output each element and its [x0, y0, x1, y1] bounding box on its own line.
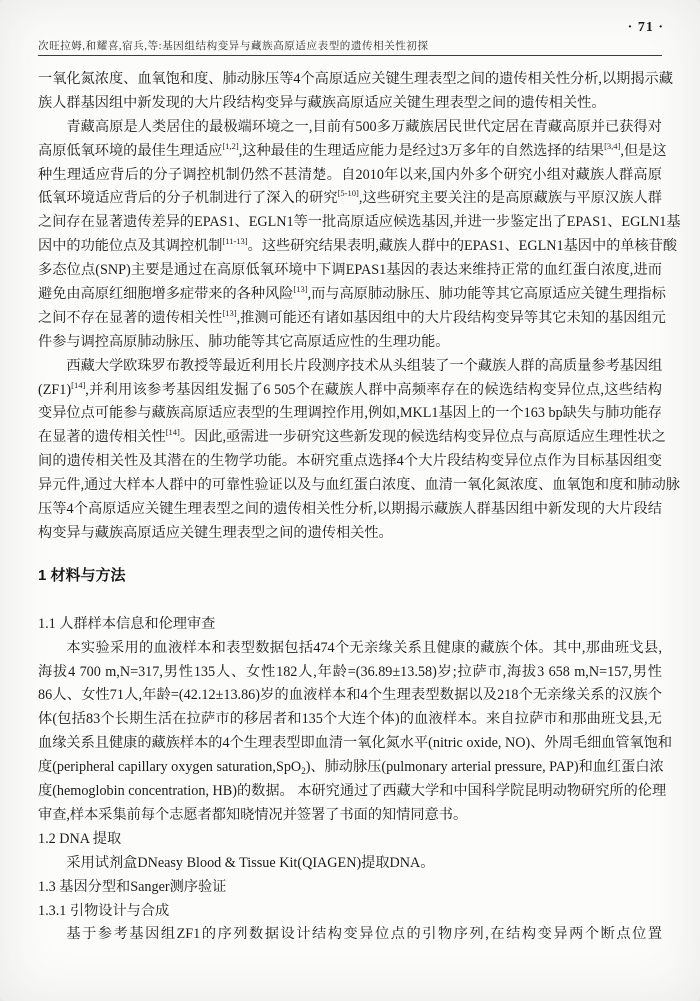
text-run: 度(hemoglobin concentration, HB)的数据。 本研究通…: [38, 783, 666, 799]
text-run: 海拔4 700 m,N=317,男性135人、女性182人,年龄=(36.89±…: [38, 664, 662, 680]
text-run: 之间存在显著遗传差异的EPAS1、EGLN1等一批高原适应候选基因,并进一步鉴定…: [38, 214, 681, 230]
text-run: 因中的功能位点及其调控机制: [38, 238, 222, 254]
reference-superscript: [11-13]: [222, 236, 247, 246]
body-line: 种生理适应背后的分子调控机制仍然不甚清楚。自2010年以来,国内外多个研究小组对…: [38, 164, 662, 188]
body-line: 度(hemoglobin concentration, HB)的数据。 本研究通…: [38, 780, 662, 804]
body-line: 一氧化氮浓度、血氧饱和度、肺动脉压等4个高原适应关键生理表型之间的遗传相关性分析…: [38, 68, 662, 92]
subsection-heading: 1.3 基因分型和Sanger测序验证: [38, 876, 662, 900]
body-line: 血缘关系且健康的藏族样本的4个生理表型即血清一氧化氮水平(nitric oxid…: [38, 732, 662, 756]
body-line: 低氧环境适应背后的分子机制进行了深入的研究[5-10],这些研究主要关注的是高原…: [38, 187, 662, 211]
text-run: 86人、女性71人,年龄=(42.12±13.86)岁的血液样本和4个生理表型数…: [38, 687, 662, 703]
text-run: 基于参考基因组ZF1的序列数据设计结构变异位点的引物序列,在结构变异两个断点位置: [66, 926, 662, 942]
body-line: 族人群基因组中新发现的大片段结构变异与藏族高原适应关键生理表型之间的遗传相关性。: [38, 92, 662, 116]
text-run: 。这些研究结果表明,藏族人群中的EPAS1、EGLN1基因中的单核苷酸: [248, 238, 677, 254]
text-run: 件参与调控高原肺动脉压、肺功能等其它高原适应性的生理功能。: [38, 334, 449, 350]
text-run: 高原低氧环境的最佳生理适应: [38, 143, 222, 159]
text-run: 血缘关系且健康的藏族样本的4个生理表型即血清一氧化氮水平(nitric oxid…: [38, 735, 672, 751]
reference-superscript: [13]: [293, 284, 307, 294]
text-run: 本实验采用的血液样本和表型数据包括474个无亲缘关系且健康的藏族个体。其中,那曲…: [66, 640, 662, 656]
text-run: 变异位点可能参与藏族高原适应表型的生理调控作用,例如,MKL1基因上的一个163…: [38, 405, 662, 421]
text-run: 体(包括83个长期生活在拉萨市的移居者和135个大连个体)的血液样本。来自拉萨市…: [38, 711, 662, 727]
text-run: 间的遗传相关性及其潜在的生物学功能。本研究重点选择4个大片段结构变异位点作为目标…: [38, 453, 662, 469]
text-run: 采用试剂盒DNeasy Blood & Tissue Kit(QIAGEN)提取…: [66, 855, 434, 871]
text-run: 压等4个高原适应关键生理表型之间的遗传相关性分析,以期揭示藏族人群基因组中新发现…: [38, 501, 662, 517]
body-line: 海拔4 700 m,N=317,男性135人、女性182人,年龄=(36.89±…: [38, 661, 662, 685]
text-run: ,并利用该参考基因组发掘了6 505个在藏族人群中高频率存在的候选结构变异位点,…: [85, 382, 662, 398]
text-run: 异元件,通过大样本人群中的可靠性验证以及与血红蛋白浓度、血清一氧化氮浓度、血氧饱…: [38, 477, 680, 493]
text-run: ,这种最佳的生理适应能力是经过3万多年的自然选择的结果: [239, 143, 604, 159]
text-run: 低氧环境适应背后的分子机制进行了深入的研究: [38, 190, 338, 206]
reference-superscript: [13]: [222, 308, 236, 318]
text-run: 审查,样本采集前每个志愿者都知晓情况并签署了书面的知情同意书。: [38, 807, 467, 823]
text-run: 。因此,亟需进一步研究这些新发现的候选结构变异位点与高原适应生理性状之: [180, 429, 666, 445]
text-run: 一氧化氮浓度、血氧饱和度、肺动脉压等4个高原适应关键生理表型之间的遗传相关性分析…: [38, 71, 673, 87]
running-title: 次旺拉姆,和耀喜,宿兵,等:基因组结构变异与藏族高原适应表型的遗传相关性初探: [38, 38, 429, 53]
reference-superscript: [1,2]: [222, 141, 238, 151]
body-line: 之间不存在显著的遗传相关性[13],推测可能还有诸如基因组中的大片段结构变异等其…: [38, 307, 662, 331]
body-line: 之间存在显著遗传差异的EPAS1、EGLN1等一批高原适应候选基因,并进一步鉴定…: [38, 211, 662, 235]
body-line: 度(peripheral capillary oxygen saturation…: [38, 756, 662, 780]
article-body: 一氧化氮浓度、血氧饱和度、肺动脉压等4个高原适应关键生理表型之间的遗传相关性分析…: [38, 68, 662, 947]
body-line: 构变异与藏族高原适应关键生理表型之间的遗传相关性。: [38, 522, 662, 546]
body-line: 件参与调控高原肺动脉压、肺功能等其它高原适应性的生理功能。: [38, 331, 662, 355]
text-run: 在显著的遗传相关性: [38, 429, 166, 445]
journal-page: 次旺拉姆,和耀喜,宿兵,等:基因组结构变异与藏族高原适应表型的遗传相关性初探 ·…: [0, 0, 700, 1001]
body-line: 在显著的遗传相关性[14]。因此,亟需进一步研究这些新发现的候选结构变异位点与高…: [38, 426, 662, 450]
text-run: 度(peripheral capillary oxygen saturation…: [38, 759, 301, 775]
text-run: 种生理适应背后的分子调控机制仍然不甚清楚。自2010年以来,国内外多个研究小组对…: [38, 167, 662, 183]
body-line: 压等4个高原适应关键生理表型之间的遗传相关性分析,以期揭示藏族人群基因组中新发现…: [38, 498, 662, 522]
body-line: (ZF1)[14],并利用该参考基因组发掘了6 505个在藏族人群中高频率存在的…: [38, 379, 662, 403]
page-number: · 71 ·: [628, 20, 664, 36]
body-line: 避免由高原红细胞增多症带来的各种风险[13],而与高原肺动脉压、肺功能等其它高原…: [38, 283, 662, 307]
body-line: 86人、女性71人,年龄=(42.12±13.86)岁的血液样本和4个生理表型数…: [38, 684, 662, 708]
subsection-heading: 1.2 DNA 提取: [38, 828, 662, 852]
subsection-heading: 1.3.1 引物设计与合成: [38, 900, 662, 924]
reference-superscript: [3,4]: [604, 141, 620, 151]
text-run: ,这些研究主要关注的是高原藏族与平原汉族人群: [359, 190, 662, 206]
reference-superscript: [14]: [71, 380, 85, 390]
text-run: (ZF1): [38, 382, 71, 398]
body-line: 采用试剂盒DNeasy Blood & Tissue Kit(QIAGEN)提取…: [38, 852, 662, 876]
reference-superscript: [5-10]: [338, 188, 359, 198]
section-heading: 1 材料与方法: [38, 564, 662, 588]
text-run: 青藏高原是人类居住的最极端环境之一,目前有500多万藏族居民世代定居在青藏高原并…: [66, 119, 662, 135]
subsection-heading: 1.1 人群样本信息和伦理审查: [38, 613, 662, 637]
text-run: 构变异与藏族高原适应关键生理表型之间的遗传相关性。: [38, 525, 393, 541]
text-run: 西藏大学欧珠罗布教授等最近利用长片段测序技术从头组装了一个藏族人群的高质量参考基…: [66, 358, 662, 374]
text-run: 多态位点(SNP)主要是通过在高原低氧环境中下调EPAS1基因的表达来维持正常的…: [38, 262, 662, 278]
body-line: 变异位点可能参与藏族高原适应表型的生理调控作用,例如,MKL1基因上的一个163…: [38, 402, 662, 426]
body-line: 本实验采用的血液样本和表型数据包括474个无亲缘关系且健康的藏族个体。其中,那曲…: [38, 637, 662, 661]
body-line: 因中的功能位点及其调控机制[11-13]。这些研究结果表明,藏族人群中的EPAS…: [38, 235, 662, 259]
text-run: 避免由高原红细胞增多症带来的各种风险: [38, 286, 293, 302]
body-line: 高原低氧环境的最佳生理适应[1,2],这种最佳的生理适应能力是经过3万多年的自然…: [38, 140, 662, 164]
reference-superscript: [14]: [166, 427, 180, 437]
text-run: 族人群基因组中新发现的大片段结构变异与藏族高原适应关键生理表型之间的遗传相关性。: [38, 95, 606, 111]
body-line: 体(包括83个长期生活在拉萨市的移居者和135个大连个体)的血液样本。来自拉萨市…: [38, 708, 662, 732]
body-line: 间的遗传相关性及其潜在的生物学功能。本研究重点选择4个大片段结构变异位点作为目标…: [38, 450, 662, 474]
body-line: 西藏大学欧珠罗布教授等最近利用长片段测序技术从头组装了一个藏族人群的高质量参考基…: [38, 355, 662, 379]
text-run: ,但是这: [620, 143, 666, 159]
body-line: 异元件,通过大样本人群中的可靠性验证以及与血红蛋白浓度、血清一氧化氮浓度、血氧饱…: [38, 474, 662, 498]
text-run: 之间不存在显著的遗传相关性: [38, 310, 222, 326]
body-line: 审查,样本采集前每个志愿者都知晓情况并签署了书面的知情同意书。: [38, 804, 662, 828]
text-run: ,推测可能还有诸如基因组中的大片段结构变异等其它未知的基因组元: [237, 310, 666, 326]
header-rule: [38, 55, 662, 56]
body-line: 多态位点(SNP)主要是通过在高原低氧环境中下调EPAS1基因的表达来维持正常的…: [38, 259, 662, 283]
body-line: 基于参考基因组ZF1的序列数据设计结构变异位点的引物序列,在结构变异两个断点位置: [38, 923, 662, 947]
body-line: 青藏高原是人类居住的最极端环境之一,目前有500多万藏族居民世代定居在青藏高原并…: [38, 116, 662, 140]
text-run: ,而与高原肺动脉压、肺功能等其它高原适应关键生理指标: [308, 286, 666, 302]
text-run: )、肺动脉压(pulmonary arterial pressure, PAP)…: [306, 759, 664, 775]
